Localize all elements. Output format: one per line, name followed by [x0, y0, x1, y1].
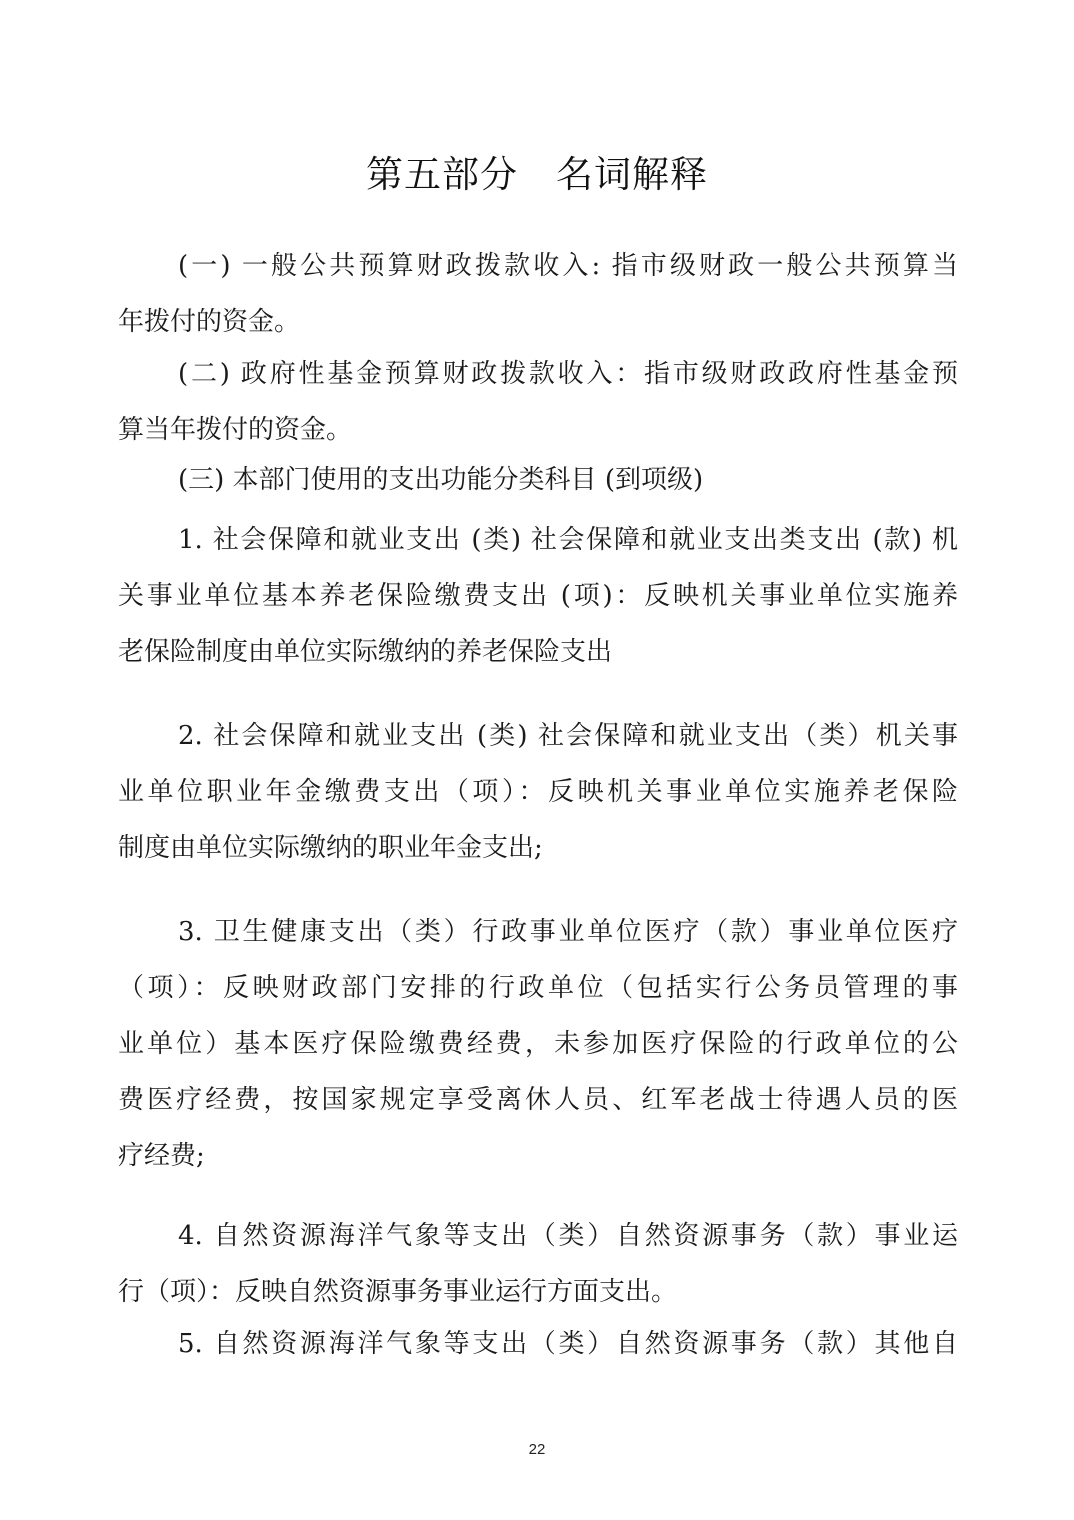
- page-number: 22: [0, 1440, 1074, 1460]
- text-line: 4. 自然资源海洋气象等支出（类）自然资源事务（款）事业运: [178, 1218, 958, 1254]
- text-line: (三) 本部门使用的支出功能分类科目 (到项级): [178, 462, 958, 498]
- text-line: (一) 一般公共预算财政拨款收入: 指市级财政一般公共预算当: [178, 248, 958, 284]
- document-page: 第五部分 名词解释 (一) 一般公共预算财政拨款收入: 指市级财政一般公共预算当…: [0, 0, 1074, 1520]
- text-line: 5. 自然资源海洋气象等支出（类）自然资源事务（款）其他自: [178, 1326, 958, 1362]
- text-line: 费医疗经费，按国家规定享受离休人员、红军老战士待遇人员的医: [118, 1082, 958, 1118]
- text-line: 老保险制度由单位实际缴纳的养老保险支出: [118, 634, 958, 670]
- text-line: 业单位）基本医疗保险缴费经费，未参加医疗保险的行政单位的公: [118, 1026, 958, 1062]
- text-line: 年拨付的资金。: [118, 304, 958, 340]
- text-line: 1. 社会保障和就业支出 (类) 社会保障和就业支出类支出 (款) 机: [178, 522, 958, 558]
- text-line: 2. 社会保障和就业支出 (类) 社会保障和就业支出（类）机关事: [178, 718, 958, 754]
- text-line: 疗经费;: [118, 1138, 958, 1174]
- text-line: 关事业单位基本养老保险缴费支出 (项)：反映机关事业单位实施养: [118, 578, 958, 614]
- page-title: 第五部分 名词解释: [0, 150, 1074, 200]
- text-line: (二) 政府性基金预算财政拨款收入：指市级财政政府性基金预: [178, 356, 958, 392]
- text-line: 算当年拨付的资金。: [118, 412, 958, 448]
- text-line: （项）：反映财政部门安排的行政单位（包括实行公务员管理的事: [118, 970, 958, 1006]
- text-line: 制度由单位实际缴纳的职业年金支出;: [118, 830, 958, 866]
- text-line: 行（项）：反映自然资源事务事业运行方面支出。: [118, 1274, 958, 1310]
- text-line: 3. 卫生健康支出（类）行政事业单位医疗（款）事业单位医疗: [178, 914, 958, 950]
- text-line: 业单位职业年金缴费支出（项）：反映机关事业单位实施养老保险: [118, 774, 958, 810]
